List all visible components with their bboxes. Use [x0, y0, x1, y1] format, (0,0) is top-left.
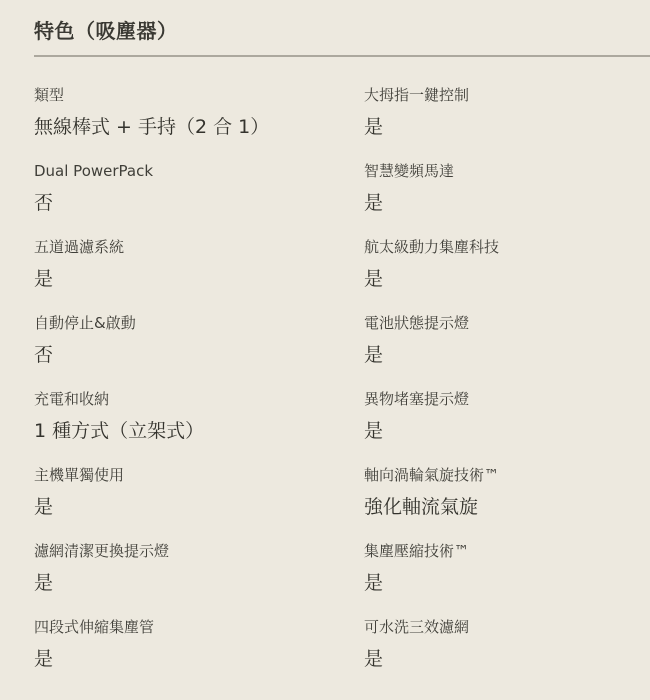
spec-label: 五道過濾系統: [34, 237, 364, 258]
spec-item: 電池狀態提示燈 是: [364, 313, 650, 369]
spec-value: 是: [364, 266, 650, 293]
spec-label: 電池狀態提示燈: [364, 313, 650, 334]
spec-item: 航太級動力集塵科技 是: [364, 237, 650, 293]
spec-value: 是: [364, 646, 650, 673]
spec-label: 充電和收納: [34, 389, 364, 410]
spec-label: 類型: [34, 85, 364, 106]
spec-value: 無線棒式 + 手持（2 合 1）: [34, 114, 364, 141]
page-title: 特色（吸塵器）: [0, 0, 650, 44]
spec-label: 大拇指一鍵控制: [364, 85, 650, 106]
spec-label: 智慧變頻馬達: [364, 161, 650, 182]
spec-table: 類型 無線棒式 + 手持（2 合 1） 大拇指一鍵控制 是 Dual Power…: [0, 85, 650, 693]
spec-item: 主機單獨使用 是: [34, 465, 364, 521]
spec-item: 濾網清潔更換提示燈 是: [34, 541, 364, 597]
spec-item: 四段式伸縮集塵管 是: [34, 617, 364, 673]
spec-value: 是: [34, 266, 364, 293]
spec-label: 濾網清潔更換提示燈: [34, 541, 364, 562]
spec-value: 是: [34, 494, 364, 521]
spec-label: 軸向渦輪氣旋技術™: [364, 465, 650, 486]
spec-item: 集塵壓縮技術™ 是: [364, 541, 650, 597]
spec-item: 類型 無線棒式 + 手持（2 合 1）: [34, 85, 364, 141]
spec-item: Dual PowerPack 否: [34, 161, 364, 217]
spec-value: 否: [34, 190, 364, 217]
spec-item: 軸向渦輪氣旋技術™ 強化軸流氣旋: [364, 465, 650, 521]
spec-label: 異物堵塞提示燈: [364, 389, 650, 410]
spec-item: 大拇指一鍵控制 是: [364, 85, 650, 141]
spec-value: 是: [34, 646, 364, 673]
title-divider: [34, 55, 650, 57]
spec-item: 可水洗三效濾網 是: [364, 617, 650, 673]
spec-label: 自動停止&啟動: [34, 313, 364, 334]
spec-value: 1 種方式（立架式）: [34, 418, 364, 445]
spec-page: 特色（吸塵器） 類型 無線棒式 + 手持（2 合 1） 大拇指一鍵控制 是 Du…: [0, 0, 650, 700]
spec-value: 是: [364, 114, 650, 141]
spec-item: 充電和收納 1 種方式（立架式）: [34, 389, 364, 445]
spec-item: 自動停止&啟動 否: [34, 313, 364, 369]
spec-value: 否: [34, 342, 364, 369]
spec-label: 航太級動力集塵科技: [364, 237, 650, 258]
spec-item: 智慧變頻馬達 是: [364, 161, 650, 217]
spec-label: 可水洗三效濾網: [364, 617, 650, 638]
spec-item: 異物堵塞提示燈 是: [364, 389, 650, 445]
spec-label: Dual PowerPack: [34, 161, 364, 182]
spec-label: 四段式伸縮集塵管: [34, 617, 364, 638]
spec-value: 是: [364, 418, 650, 445]
spec-value: 是: [364, 190, 650, 217]
spec-label: 主機單獨使用: [34, 465, 364, 486]
spec-value: 是: [364, 570, 650, 597]
spec-value: 是: [34, 570, 364, 597]
spec-item: 五道過濾系統 是: [34, 237, 364, 293]
spec-label: 集塵壓縮技術™: [364, 541, 650, 562]
spec-value: 強化軸流氣旋: [364, 494, 650, 521]
spec-value: 是: [364, 342, 650, 369]
